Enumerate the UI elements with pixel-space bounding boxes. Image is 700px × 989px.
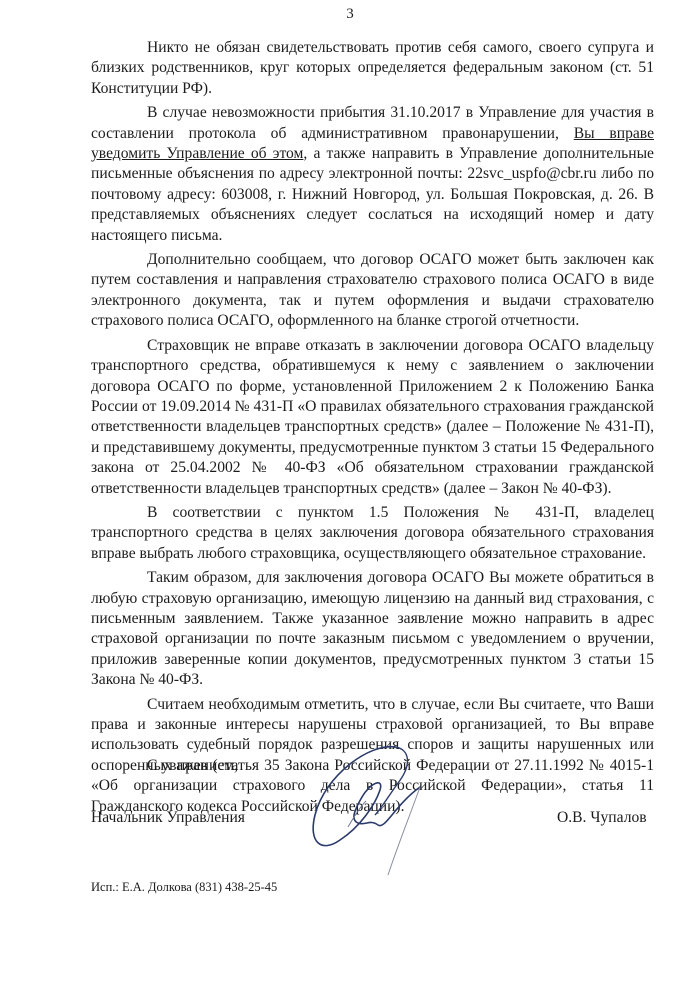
closing-salutation: С уважением, xyxy=(147,757,238,775)
paragraph-absence-notice: В случае невозможности прибытия 31.10.20… xyxy=(91,103,654,246)
paragraph-self-incrimination: Никто не обязан свидетельствовать против… xyxy=(91,38,654,99)
page-number: 3 xyxy=(0,6,700,23)
paragraph-osago-forms: Дополнительно сообщаем, что договор ОСАГ… xyxy=(91,250,654,332)
signatory-name: О.В. Чупалов xyxy=(557,809,647,827)
signature-icon xyxy=(300,735,440,885)
signatory-role: Начальник Управления xyxy=(91,809,245,827)
letter-body: Никто не обязан свидетельствовать против… xyxy=(91,38,654,821)
executor-contact: Исп.: Е.А. Долкова (831) 438-25-45 xyxy=(91,880,277,895)
paragraph-insurer-choice: В соответствии с пунктом 1.5 Положения №… xyxy=(91,503,654,564)
paragraph-how-to-apply: Таким образом, для заключения договора О… xyxy=(91,568,654,690)
paragraph-insurer-obligation: Страховщик не вправе отказать в заключен… xyxy=(91,336,654,499)
paragraph-text: В случае невозможности прибытия 31.10.20… xyxy=(91,104,654,141)
